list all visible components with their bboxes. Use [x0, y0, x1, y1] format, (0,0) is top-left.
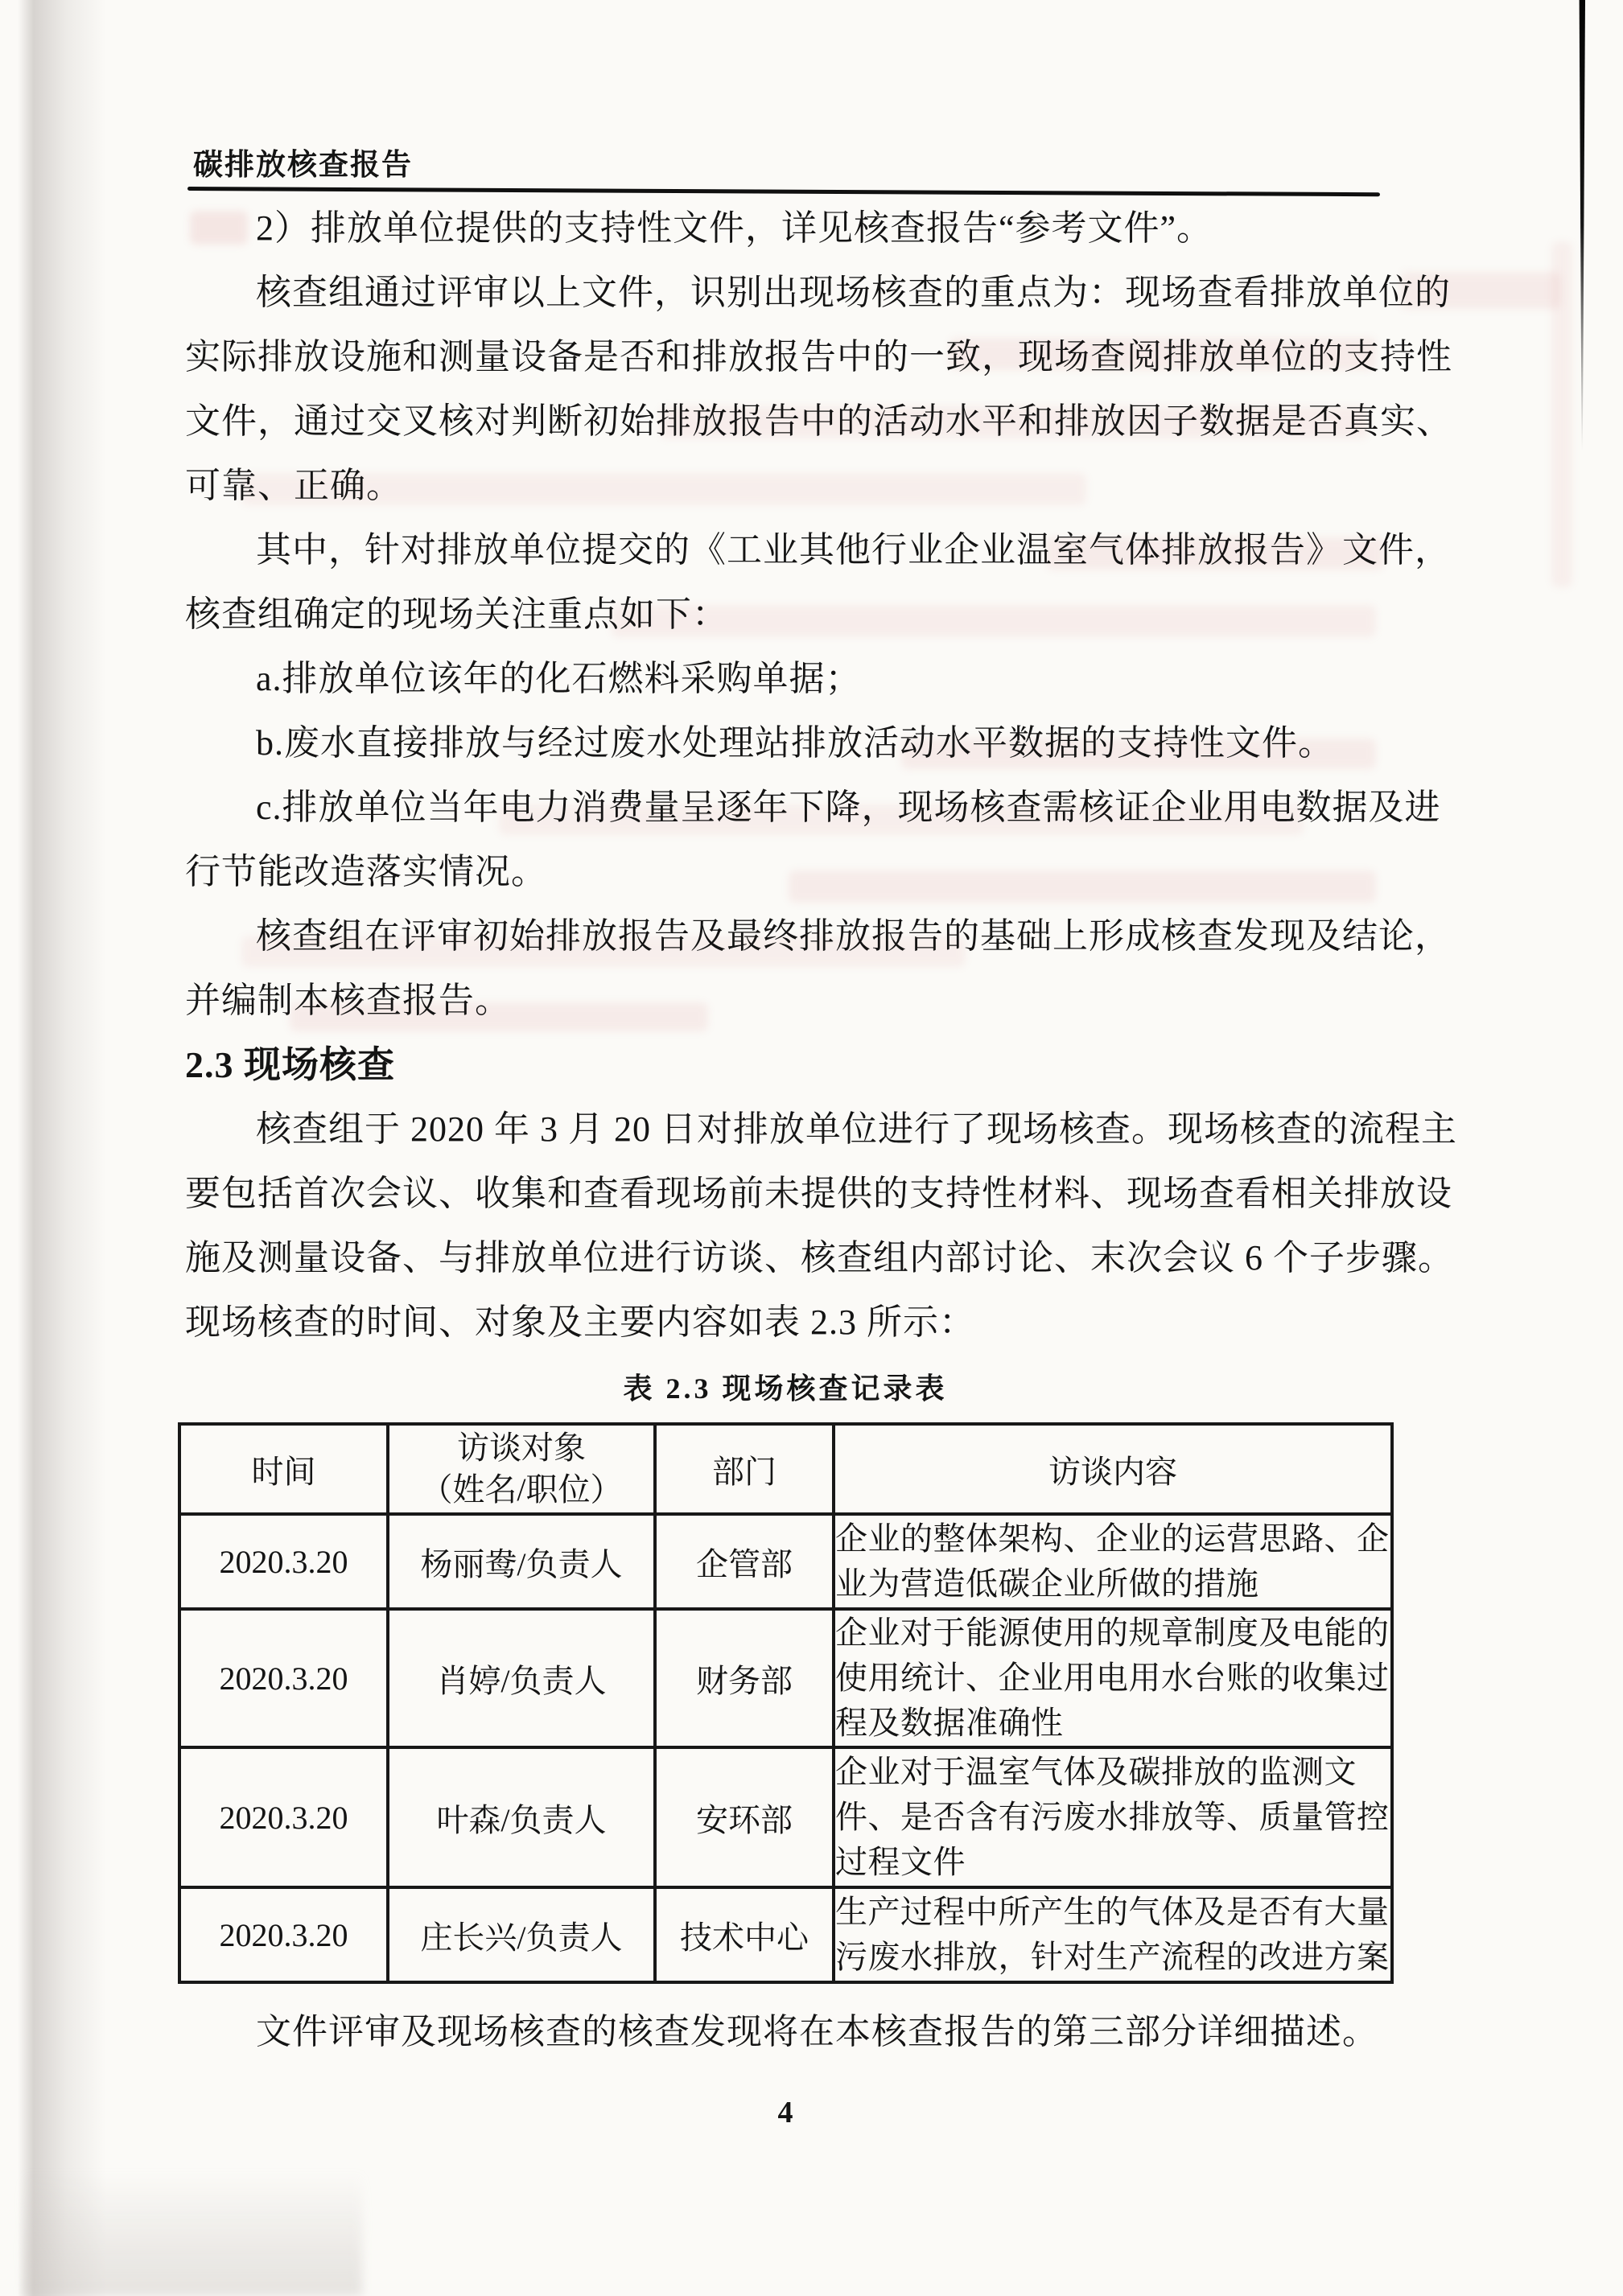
cell-person: 叶森/负责人 [388, 1747, 655, 1887]
cell-department: 财务部 [655, 1609, 834, 1747]
scan-bottom-shadow [24, 2172, 362, 2296]
body-text: 2）排放单位提供的支持性文件，详见核查报告“参考文件”。 核查组通过评审以上文件… [185, 196, 1386, 2064]
body-line: 可靠、正确。 [185, 454, 1386, 518]
header-rule [187, 187, 1380, 196]
cell-department: 安环部 [655, 1747, 834, 1887]
body-line: 核查组于 2020 年 3 月 20 日对排放单位进行了现场核查。现场核查的流程… [185, 1097, 1386, 1162]
cell-department: 技术中心 [655, 1887, 834, 1982]
scan-left-shadow [18, 0, 106, 2296]
body-line: 2）排放单位提供的支持性文件，详见核查报告“参考文件”。 [185, 196, 1386, 261]
body-line: b.废水直接排放与经过废水处理站排放活动水平数据的支持性文件。 [185, 711, 1386, 776]
cell-department: 企管部 [655, 1514, 834, 1609]
table-row: 2020.3.20 肖婷/负责人 财务部 企业对于能源使用的规章制度及电能的使用… [179, 1609, 1392, 1747]
page-number: 4 [185, 2095, 1386, 2130]
cell-date: 2020.3.20 [179, 1747, 388, 1887]
table-row: 2020.3.20 叶森/负责人 安环部 企业对于温室气体及碳排放的监测文件、是… [179, 1747, 1392, 1887]
cell-person: 肖婷/负责人 [388, 1609, 655, 1747]
cell-interview-content: 企业对于温室气体及碳排放的监测文件、是否含有污废水排放等、质量管控过程文件 [834, 1747, 1392, 1887]
closing-line: 文件评审及现场核查的核查发现将在本核查报告的第三部分详细描述。 [185, 2000, 1386, 2064]
table-caption: 表 2.3 现场核查记录表 [185, 1355, 1386, 1422]
column-header-interviewee-line1: 访谈对象 [389, 1427, 653, 1469]
body-line: 核查组通过评审以上文件，识别出现场核查的重点为：现场查看排放单位的 [185, 261, 1386, 325]
body-line: 要包括首次会议、收集和查看现场前未提供的支持性材料、现场查看相关排放设 [185, 1162, 1386, 1226]
body-line: a.排放单位该年的化石燃料采购单据； [185, 647, 1386, 711]
column-header-interviewee-line2: （姓名/职位） [389, 1469, 653, 1511]
section-heading: 2.3 现场核查 [185, 1033, 1386, 1097]
column-header-interviewee: 访谈对象 （姓名/职位） [388, 1424, 655, 1514]
site-visit-record-table: 时间 访谈对象 （姓名/职位） 部门 访谈内容 2020.3.20 杨丽鸯/负责… [178, 1422, 1394, 1984]
cell-date: 2020.3.20 [179, 1887, 388, 1982]
cell-interview-content: 企业的整体架构、企业的运营思路、企业为营造低碳企业所做的措施 [834, 1514, 1392, 1609]
cell-interview-content: 企业对于能源使用的规章制度及电能的使用统计、企业用电用水台账的收集过程及数据准确… [834, 1609, 1392, 1747]
document-page: 碳排放核查报告 2）排放单位提供的支持性文件，详见核查报告“参考文件”。 核查组… [0, 0, 1623, 2296]
body-line: 其中，针对排放单位提交的《工业其他行业企业温室气体排放报告》文件， [185, 518, 1386, 582]
body-line: 核查组在评审初始排放报告及最终排放报告的基础上形成核查发现及结论， [185, 904, 1386, 969]
running-header-title: 碳排放核查报告 [193, 140, 413, 183]
body-line: 行节能改造落实情况。 [185, 840, 1386, 904]
cell-date: 2020.3.20 [179, 1514, 388, 1609]
body-line: 实际排放设施和测量设备是否和排放报告中的一致，现场查阅排放单位的支持性 [185, 325, 1386, 389]
column-header-time: 时间 [179, 1424, 388, 1514]
body-line: 现场核查的时间、对象及主要内容如表 2.3 所示： [185, 1290, 1386, 1355]
table-row: 2020.3.20 庄长兴/负责人 技术中心 生产过程中所产生的气体及是否有大量… [179, 1887, 1392, 1982]
column-header-department: 部门 [655, 1424, 834, 1514]
table-header-row: 时间 访谈对象 （姓名/职位） 部门 访谈内容 [179, 1424, 1392, 1514]
body-line: 核查组确定的现场关注重点如下： [185, 582, 1386, 647]
body-line: 施及测量设备、与排放单位进行访谈、核查组内部讨论、末次会议 6 个子步骤。 [185, 1226, 1386, 1290]
body-line: 文件，通过交叉核对判断初始排放报告中的活动水平和排放因子数据是否真实、 [185, 389, 1386, 454]
cell-person: 杨丽鸯/负责人 [388, 1514, 655, 1609]
scan-right-line-artifact [1579, 0, 1585, 451]
cell-date: 2020.3.20 [179, 1609, 388, 1747]
bleed-through-artifact [1551, 241, 1572, 587]
cell-person: 庄长兴/负责人 [388, 1887, 655, 1982]
table-row: 2020.3.20 杨丽鸯/负责人 企管部 企业的整体架构、企业的运营思路、企业… [179, 1514, 1392, 1609]
body-line: c.排放单位当年电力消费量呈逐年下降，现场核查需核证企业用电数据及进 [185, 776, 1386, 840]
column-header-content: 访谈内容 [834, 1424, 1392, 1514]
body-line: 并编制本核查报告。 [185, 969, 1386, 1033]
cell-interview-content: 生产过程中所产生的气体及是否有大量污废水排放，针对生产流程的改进方案 [834, 1887, 1392, 1982]
